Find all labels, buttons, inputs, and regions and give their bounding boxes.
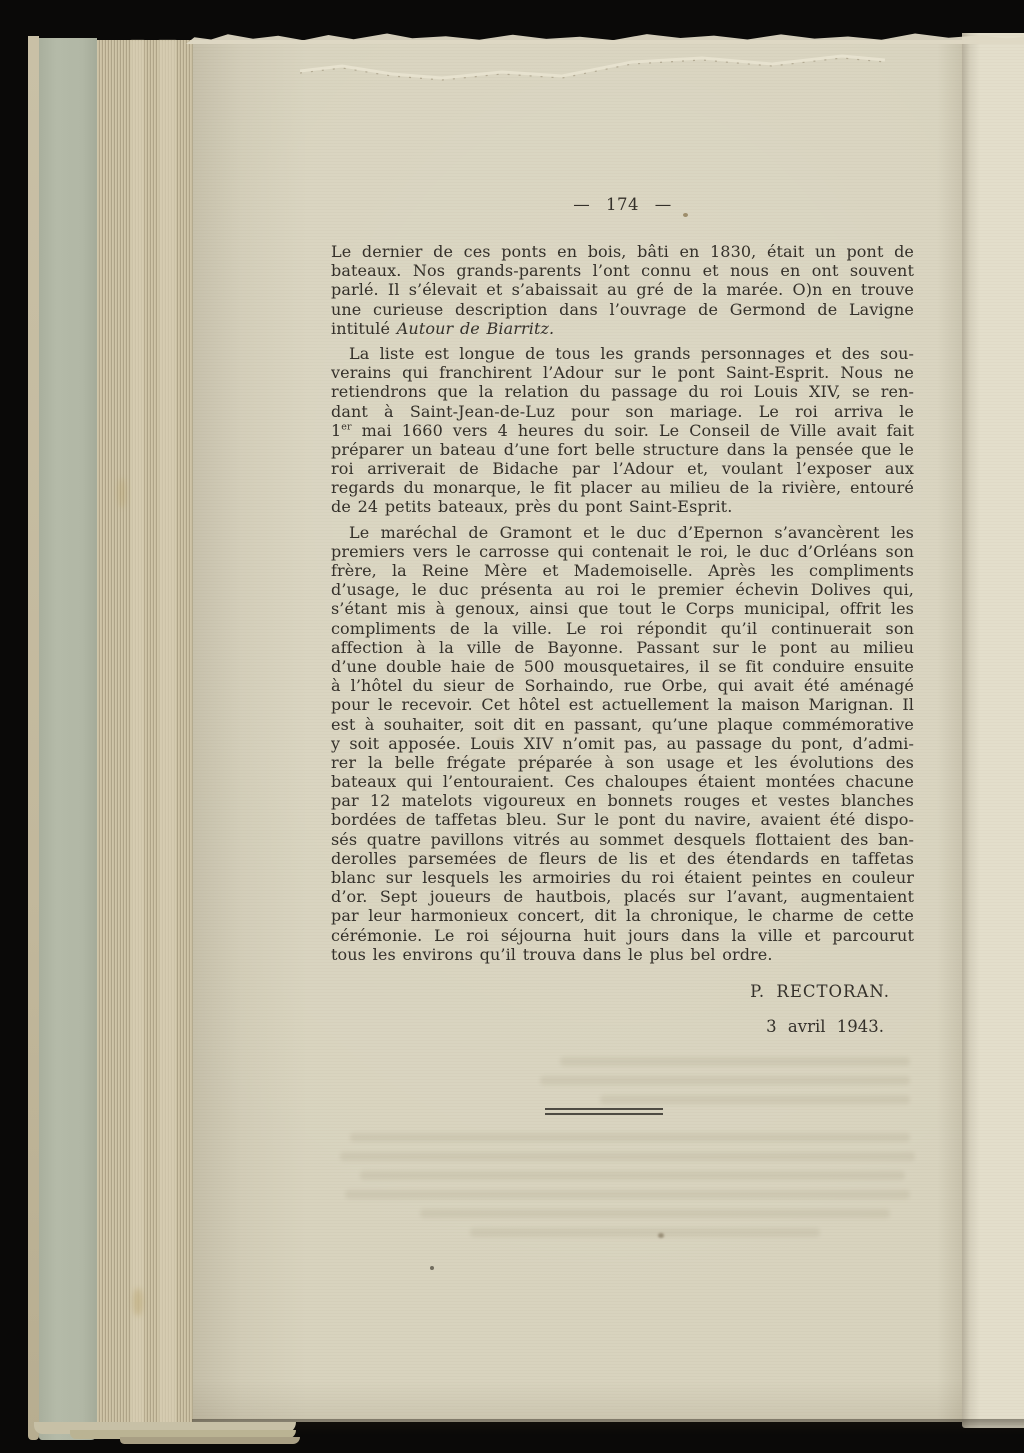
text-line: bordées de taffetas bleu. Sur le pont du… [331,810,914,829]
paragraph: La liste est longue de tous les grands p… [331,344,914,517]
page-edge-highlight [131,40,144,1438]
end-of-article-rule [545,1108,663,1115]
text-line: pour le recevoir. Cet hôtel est actuelle… [331,695,914,714]
page-content: — 174 — Le dernier de ces ponts en bois,… [331,190,914,1150]
page-corner-edge [120,1437,300,1444]
text-line: une curieuse description dans l’ouvrage … [331,300,914,319]
text-line: par leur harmonieux concert, dit la chro… [331,906,914,925]
text-line: retiendrons que la relation du passage d… [331,382,914,401]
endpaper-edge [39,38,97,1440]
text-line: dant à Saint-Jean-de-Luz pour son mariag… [331,402,914,421]
scanned-book-photo: — 174 — Le dernier de ces ponts en bois,… [0,0,1024,1453]
paper-stain [133,1288,143,1316]
text-line: s’étant mis à genoux, ainsi que tout le … [331,599,914,618]
text-line: Le maréchal de Gramont et le duc d’Epern… [331,523,914,542]
text-line: d’une double haie de 500 mousquetaires, … [331,657,914,676]
text-line: à l’hôtel du sieur de Sorhaindo, rue Orb… [331,676,914,695]
text-line: 1er mai 1660 vers 4 heures du soir. Le C… [331,421,914,440]
text-line: cérémonie. Le roi séjourna huit jours da… [331,926,914,945]
text-line: tous les environs qu’il trouva dans le p… [331,945,914,964]
paragraph: Le dernier de ces ponts en bois, bâti en… [331,242,914,338]
text-line: affection à la ville de Bayonne. Passant… [331,638,914,657]
bleed-through-text [420,1209,890,1218]
page-number: — 174 — [331,195,914,214]
author-signature: P. RECTORAN. [331,982,914,1001]
bleed-through-text [360,1171,905,1180]
text-line: roi arriverait de Bidache par l’Adour et… [331,459,914,478]
text-line: compliments de la ville. Le roi répondit… [331,619,914,638]
body-text: Le dernier de ces ponts en bois, bâti en… [331,242,914,964]
text-line: préparer un bateau d’une fort belle stru… [331,440,914,459]
torn-top-edge [186,29,1024,44]
text-line: Le dernier de ces ponts en bois, bâti en… [331,242,914,261]
facing-page-edge [962,33,1024,1428]
page-bottom-shadow [192,1419,1024,1435]
text-line: premiers vers le carrosse qui contenait … [331,542,914,561]
page-stack-edges [97,40,194,1438]
text-line: de 24 petits bateaux, près du pont Saint… [331,497,914,516]
text-line: d’usage, le duc présenta au roi le premi… [331,580,914,599]
text-line: parlé. Il s’élevait et s’abaissait au gr… [331,280,914,299]
book-cover-edge [28,36,39,1440]
text-line: sés quatre pavillons vitrés au sommet de… [331,830,914,849]
text-line: verains qui franchirent l’Adour sur le p… [331,363,914,382]
text-line: bateaux. Nos grands-parents l’ont connu … [331,261,914,280]
page-edge-highlight [159,40,176,1438]
text-line: regards du monarque, le fit placer au mi… [331,478,914,497]
text-line: derolles parsemées de fleurs de lis et d… [331,849,914,868]
text-line: rer la belle frégate préparée à son usag… [331,753,914,772]
text-line: d’or. Sept joueurs de hautbois, placés s… [331,887,914,906]
text-line: par 12 matelots vigoureux en bonnets rou… [331,791,914,810]
text-line: y soit apposée. Louis XIV n’omit pas, au… [331,734,914,753]
text-line: blanc sur lesquels les armoiries du roi … [331,868,914,887]
paper-stain [118,478,126,508]
paragraph: Le maréchal de Gramont et le duc d’Epern… [331,523,914,964]
paper-stain [430,1266,434,1270]
bleed-through-text [470,1228,820,1237]
text-line: intitulé Autour de Biarritz. [331,319,914,338]
signature-date: 3 avril 1943. [331,1017,914,1036]
text-line: frère, la Reine Mère et Mademoiselle. Ap… [331,561,914,580]
tear-crack [300,47,885,87]
bleed-through-text [340,1152,915,1161]
bleed-through-text [345,1190,910,1199]
text-line: bateaux qui l’entouraient. Ces chaloupes… [331,772,914,791]
text-line: La liste est longue de tous les grands p… [331,344,914,363]
text-line: est à souhaiter, soit dit en passant, qu… [331,715,914,734]
